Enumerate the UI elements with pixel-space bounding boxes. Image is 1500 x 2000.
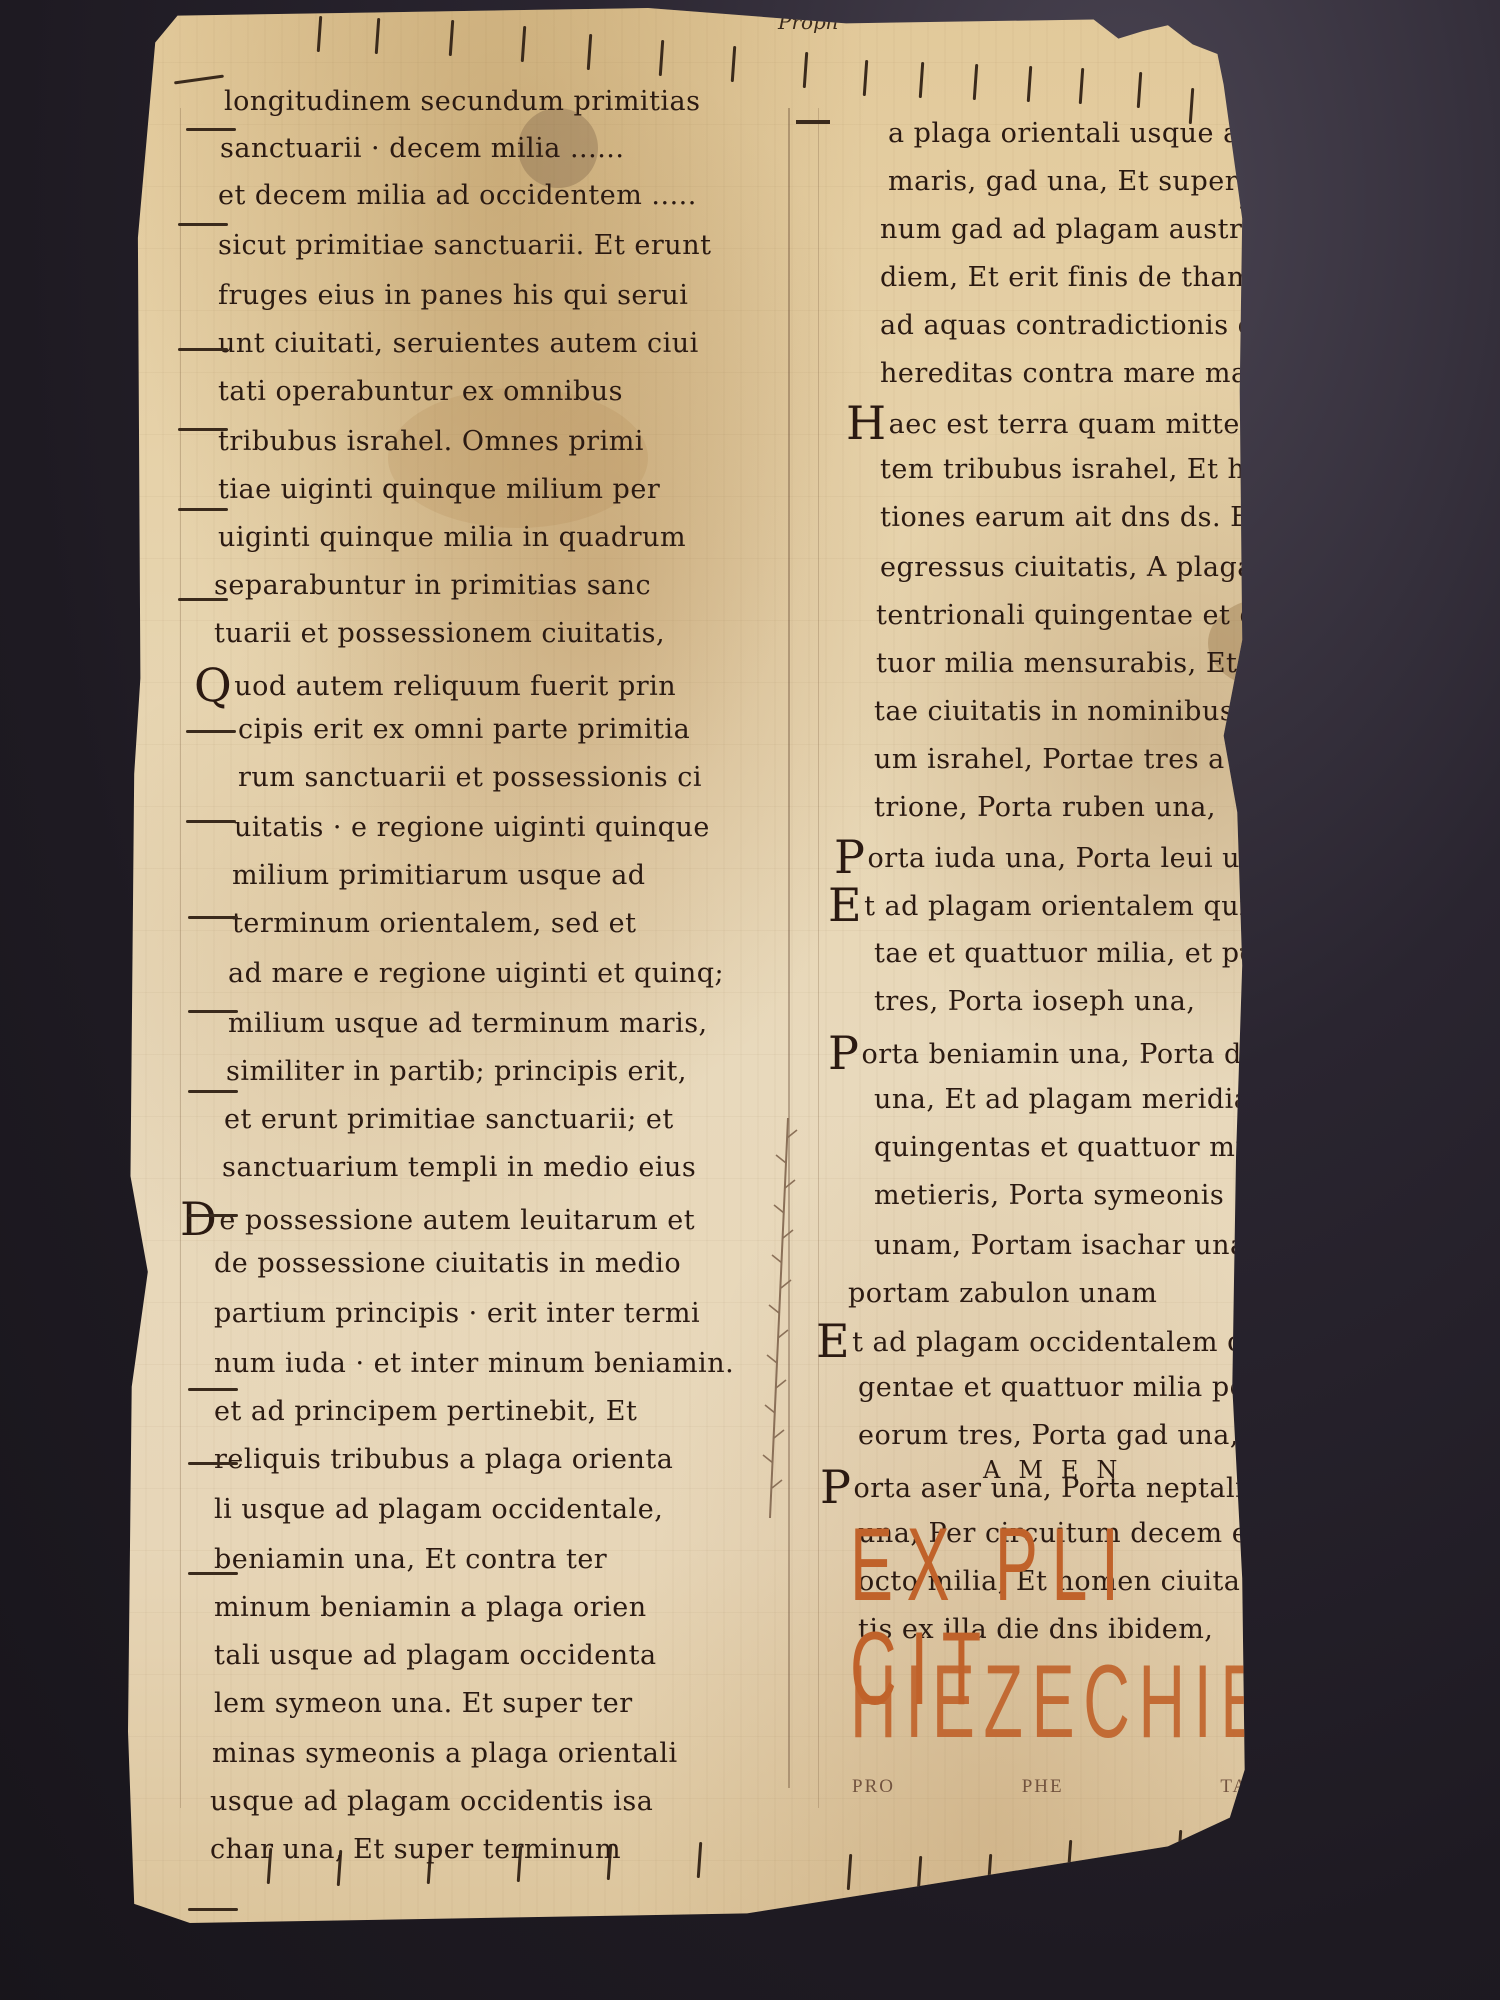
line-text: t ad plagam orientalem quinge xyxy=(864,891,1300,922)
line-text: lem symeon una. Et super ter xyxy=(214,1688,633,1719)
propheta-line: PRO PHE TA xyxy=(852,1776,1248,1798)
line-text: tribubus israhel. Omnes primi xyxy=(218,426,644,457)
initial-letter: E xyxy=(828,878,862,932)
margin-tick xyxy=(188,1572,238,1575)
line-text: separabuntur in primitias sanc xyxy=(214,570,651,601)
margin-tick xyxy=(1278,1680,1314,1683)
text-line: tae ciuitatis in nominibus tribu xyxy=(874,696,1313,727)
line-text: li usque ad plagam occidentale, xyxy=(214,1494,663,1525)
text-line: De possessione autem leuitarum et xyxy=(180,1196,695,1242)
margin-tick xyxy=(188,1010,238,1013)
line-text: a plaga orientali usque ad plagam xyxy=(888,118,1371,149)
text-line: minum beniamin a plaga orien xyxy=(214,1592,647,1623)
margin-tick xyxy=(178,428,228,431)
margin-tick xyxy=(188,1090,238,1093)
margin-tick xyxy=(186,730,236,733)
line-text: milium usque ad terminum maris, xyxy=(228,1008,708,1039)
propheta-part: TA xyxy=(1220,1776,1248,1797)
text-line: tae et quattuor milia, et portae xyxy=(874,938,1314,969)
text-line: tuarii et possessionem ciuitatis, xyxy=(214,618,665,649)
initial-letter: P xyxy=(828,1026,859,1080)
text-line: num iuda · et inter minum beniamin. xyxy=(214,1348,734,1379)
line-text: e possessione autem leuitarum et xyxy=(219,1205,695,1236)
text-line: tiae uiginti quinque milium per xyxy=(218,474,660,505)
text-line: Et ad plagam occidentalem quin xyxy=(816,1318,1290,1364)
text-line: tres, Porta ioseph una, xyxy=(874,986,1195,1017)
line-text: sicut primitiae sanctuarii. Et erunt xyxy=(218,230,711,261)
text-line: gentae et quattuor milia portae xyxy=(858,1372,1304,1403)
margin-tick xyxy=(1278,1592,1314,1595)
text-line: char una, Et super terminum xyxy=(210,1834,621,1865)
propheta-part: PRO xyxy=(852,1776,895,1797)
line-text: aec est terra quam mittetis in sor xyxy=(889,409,1365,440)
text-line: Et ad plagam orientalem quinge xyxy=(828,882,1300,928)
text-line: tuor milia mensurabis, Et por xyxy=(876,648,1294,679)
line-text: tae ciuitatis in nominibus tribu xyxy=(874,696,1313,727)
text-line: fruges eius in panes his qui serui xyxy=(218,280,688,311)
text-line: tali usque ad plagam occidenta xyxy=(214,1640,657,1671)
text-line: lem symeon una. Et super ter xyxy=(214,1688,633,1719)
text-line: usque ad plagam occidentis isa xyxy=(210,1786,653,1817)
line-text: orta beniamin una, Porta dan xyxy=(861,1039,1276,1070)
vine-doodle-icon xyxy=(748,1108,808,1528)
line-text: longitudinem secundum primitias xyxy=(224,86,701,117)
line-text: minum beniamin a plaga orien xyxy=(214,1592,647,1623)
text-line: Haec est terra quam mittetis in sor xyxy=(846,400,1364,446)
line-text: terminum orientalem, sed et xyxy=(232,908,636,939)
margin-tick xyxy=(188,1388,238,1391)
line-text: cipis erit ex omni parte primitia xyxy=(238,714,690,745)
text-line: et ad principem pertinebit, Et xyxy=(214,1396,637,1427)
text-line: milium primitiarum usque ad xyxy=(232,860,646,891)
line-text: partium principis · erit inter termi xyxy=(214,1298,700,1329)
line-text: usque ad plagam occidentis isa xyxy=(210,1786,653,1817)
margin-tick xyxy=(188,1908,238,1911)
line-text: num gad ad plagam austri in meri xyxy=(880,214,1362,245)
line-text: tiones earum ait dns ds. Et hi xyxy=(880,502,1298,533)
line-text: tem tribubus israhel, Et hae par xyxy=(880,454,1335,485)
text-line: minas symeonis a plaga orientali xyxy=(212,1738,678,1769)
line-text: tati operabuntur ex omnibus xyxy=(218,376,623,407)
text-line: longitudinem secundum primitias xyxy=(224,86,701,117)
line-text: de possessione ciuitatis in medio xyxy=(214,1248,681,1279)
line-text: una, Et ad plagam meridiana xyxy=(874,1084,1285,1115)
ruling-line xyxy=(1308,128,1309,1808)
line-text: quingentas et quattuor milia xyxy=(874,1132,1279,1163)
text-line: eorum tres, Porta gad una, xyxy=(858,1420,1239,1451)
text-line: tiones earum ait dns ds. Et hi xyxy=(880,502,1298,533)
margin-tick xyxy=(1288,1154,1328,1157)
text-line: maris, gad una, Et super termi xyxy=(888,166,1324,197)
text-line: egressus ciuitatis, A plaga sep xyxy=(880,552,1312,583)
line-text: uitatis · e regione uiginti quinque xyxy=(234,812,710,843)
text-line: una, Et ad plagam meridiana xyxy=(874,1084,1285,1115)
line-text: um israhel, Portae tres a septen xyxy=(874,744,1328,775)
line-text: tentrionali quingentae et qua xyxy=(876,600,1292,631)
text-line: metieris, Porta symeonis xyxy=(874,1180,1224,1211)
text-line: uitatis · e regione uiginti quinque xyxy=(234,812,710,843)
initial-letter: P xyxy=(834,830,865,884)
amen-text: AMEN xyxy=(983,1456,1135,1484)
margin-tick xyxy=(1278,1008,1314,1011)
margin-tick xyxy=(188,916,238,919)
ruling-line xyxy=(818,108,819,1808)
line-text: tae et quattuor milia, et portae xyxy=(874,938,1314,969)
margin-tick xyxy=(188,1462,238,1465)
text-line: diem, Et erit finis de thamar usq; xyxy=(880,262,1352,293)
text-line: hereditas contra mare magnum xyxy=(880,358,1327,389)
line-text: tres, Porta ioseph una, xyxy=(874,986,1195,1017)
line-text: char una, Et super terminum xyxy=(210,1834,621,1865)
ruling-line xyxy=(180,108,181,1808)
manuscript-leaf: Propħ longitudinem secundum primitias sa… xyxy=(128,8,1366,1923)
line-text: maris, gad una, Et super termi xyxy=(888,166,1324,197)
text-line: portam zabulon unam xyxy=(848,1278,1157,1309)
line-text: minas symeonis a plaga orientali xyxy=(212,1738,678,1769)
text-line: sanctuarium templi in medio eius xyxy=(222,1152,696,1183)
text-line: trione, Porta ruben una, xyxy=(874,792,1216,823)
text-line: sanctuarii · decem milia ...... xyxy=(220,133,624,164)
text-line: cipis erit ex omni parte primitia xyxy=(238,714,690,745)
text-line: um israhel, Portae tres a septen xyxy=(874,744,1328,775)
line-text: similiter in partib; principis erit, xyxy=(226,1056,687,1087)
margin-tick xyxy=(1240,948,1280,951)
line-text: orta iuda una, Porta leui una xyxy=(867,843,1274,874)
margin-tick xyxy=(178,508,228,511)
margin-tick xyxy=(188,1214,238,1217)
text-line: uiginti quinque milia in quadrum xyxy=(218,522,686,553)
foxing-stain xyxy=(388,388,648,528)
line-text: fruges eius in panes his qui serui xyxy=(218,280,688,311)
text-line: li usque ad plagam occidentale, xyxy=(214,1494,663,1525)
text-line: Quod autem reliquum fuerit prin xyxy=(194,662,676,708)
initial-letter: E xyxy=(816,1314,850,1368)
line-text: egressus ciuitatis, A plaga sep xyxy=(880,552,1312,583)
text-line: Porta beniamin una, Porta dan xyxy=(828,1030,1276,1076)
line-text: ad mare e regione uiginti et quinq; xyxy=(228,958,724,989)
propheta-part: PHE xyxy=(1022,1776,1064,1797)
text-line: unt ciuitati, seruientes autem ciui xyxy=(218,328,699,359)
text-line: reliquis tribubus a plaga orienta xyxy=(214,1444,673,1475)
initial-letter: D xyxy=(180,1192,217,1246)
line-text: reliquis tribubus a plaga orienta xyxy=(214,1444,673,1475)
line-text: tuor milia mensurabis, Et por xyxy=(876,648,1294,679)
text-line: tribubus israhel. Omnes primi xyxy=(218,426,644,457)
text-line: Porta iuda una, Porta leui una xyxy=(834,834,1275,880)
margin-tick xyxy=(186,820,236,823)
column-marker xyxy=(796,120,830,124)
margin-tick xyxy=(186,128,236,131)
line-text: milium primitiarum usque ad xyxy=(232,860,646,891)
text-line: tem tribubus israhel, Et hae par xyxy=(880,454,1335,485)
text-line: separabuntur in primitias sanc xyxy=(214,570,651,601)
line-text: tiae uiginti quinque milium per xyxy=(218,474,660,505)
line-text: hereditas contra mare magnum xyxy=(880,358,1327,389)
line-text: metieris, Porta symeonis xyxy=(874,1180,1224,1211)
text-line: num gad ad plagam austri in meri xyxy=(880,214,1362,245)
ruling-line xyxy=(788,108,790,1788)
line-text: portam zabulon unam xyxy=(848,1278,1157,1309)
text-line: quingentas et quattuor milia xyxy=(874,1132,1279,1163)
text-line: similiter in partib; principis erit, xyxy=(226,1056,687,1087)
text-line: ad aquas contradictionis cades xyxy=(880,310,1318,341)
initial-letter: H xyxy=(846,396,887,450)
line-text: et ad principem pertinebit, Et xyxy=(214,1396,637,1427)
text-line: de possessione ciuitatis in medio xyxy=(214,1248,681,1279)
line-text: beniamin una, Et contra ter xyxy=(214,1544,607,1575)
line-text: et decem milia ad occidentem ..... xyxy=(218,180,697,211)
line-text: et erunt primitiae sanctuarii; et xyxy=(224,1104,674,1135)
explicit-rubric-line2: HIEZECHIEL xyxy=(850,1650,1317,1754)
line-text: uiginti quinque milia in quadrum xyxy=(218,522,686,553)
initial-letter: P xyxy=(820,1460,851,1514)
text-line: unam, Portam isachar unam, xyxy=(874,1230,1282,1261)
line-text: sanctuarii · decem milia ...... xyxy=(220,133,624,164)
line-text: eorum tres, Porta gad una, xyxy=(858,1420,1239,1451)
line-text: tali usque ad plagam occidenta xyxy=(214,1640,657,1671)
running-head: Propħ xyxy=(778,10,839,34)
text-line: tati operabuntur ex omnibus xyxy=(218,376,623,407)
line-text: rum sanctuarii et possessionis ci xyxy=(238,762,702,793)
margin-tick xyxy=(178,223,228,226)
text-line: tentrionali quingentae et qua xyxy=(876,600,1292,631)
text-line: ad mare e regione uiginti et quinq; xyxy=(228,958,724,989)
text-line: terminum orientalem, sed et xyxy=(232,908,636,939)
margin-tick xyxy=(178,598,228,601)
line-text: diem, Et erit finis de thamar usq; xyxy=(880,262,1352,293)
line-text: unam, Portam isachar unam, xyxy=(874,1230,1282,1261)
margin-tick xyxy=(178,348,228,351)
initial-letter: Q xyxy=(194,658,232,712)
line-text: trione, Porta ruben una, xyxy=(874,792,1216,823)
text-line: beniamin una, Et contra ter xyxy=(214,1544,607,1575)
text-line: milium usque ad terminum maris, xyxy=(228,1008,708,1039)
line-text: num iuda · et inter minum beniamin. xyxy=(214,1348,734,1379)
line-text: uod autem reliquum fuerit prin xyxy=(234,671,676,702)
text-line: a plaga orientali usque ad plagam xyxy=(888,118,1371,149)
text-line: sicut primitiae sanctuarii. Et erunt xyxy=(218,230,711,261)
text-line: et erunt primitiae sanctuarii; et xyxy=(224,1104,674,1135)
line-text: sanctuarium templi in medio eius xyxy=(222,1152,696,1183)
line-text: t ad plagam occidentalem quin xyxy=(852,1327,1290,1358)
text-line: partium principis · erit inter termi xyxy=(214,1298,700,1329)
line-text: tuarii et possessionem ciuitatis, xyxy=(214,618,665,649)
line-text: unt ciuitati, seruientes autem ciui xyxy=(218,328,699,359)
line-text: ad aquas contradictionis cades xyxy=(880,310,1318,341)
margin-tick xyxy=(1240,206,1286,209)
text-line: rum sanctuarii et possessionis ci xyxy=(238,762,702,793)
text-line: et decem milia ad occidentem ..... xyxy=(218,180,697,211)
line-text: gentae et quattuor milia portae xyxy=(858,1372,1304,1403)
